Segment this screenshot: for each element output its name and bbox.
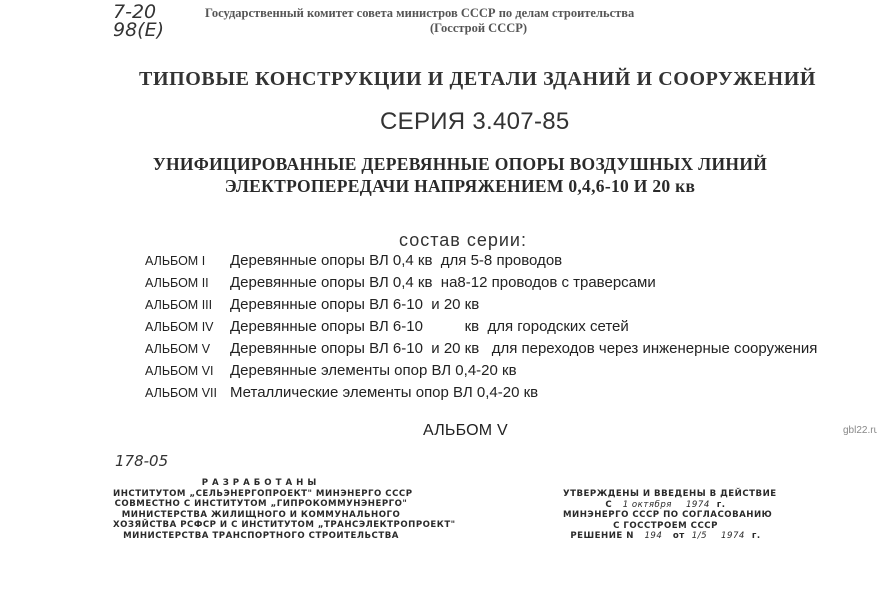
approval-year: 1974 [686, 500, 710, 510]
decision-from: от [673, 531, 685, 541]
approval-line3: МИНЭНЕРГО СССР ПО СОГЛАСОВАНИЮ [563, 510, 768, 521]
approval-line2: С 1 октября 1974 г. [563, 500, 768, 511]
developed-by-line: МИНИСТЕРСТВА ТРАНСПОРТНОГО СТРОИТЕЛЬСТВА [113, 531, 409, 542]
album-row: АЛЬБОМ VДеревянные опоры ВЛ 6-10 и 20 кв… [145, 340, 817, 362]
approval-block: УТВЕРЖДЕНЫ И ВВЕДЕНЫ В ДЕЙСТВИЕ С 1 октя… [563, 489, 768, 542]
decision-number: 194 [644, 531, 662, 541]
reference-number-line2: 98(E) [113, 21, 164, 39]
developed-by-line: ИНСТИТУТОМ „СЕЛЬЭНЕРГОПРОЕКТ" МИНЭНЕРГО … [113, 489, 409, 500]
developed-by-heading: РАЗРАБОТАНЫ [113, 478, 409, 489]
developed-by-block: РАЗРАБОТАНЫ ИНСТИТУТОМ „СЕЛЬЭНЕРГОПРОЕКТ… [113, 478, 409, 542]
album-label: АЛЬБОМ V [145, 342, 230, 356]
subtitle-line2: ЭЛЕКТРОПЕРЕДАЧИ НАПРЯЖЕНИЕМ 0,4,6-10 И 2… [150, 175, 770, 197]
organization-name: Государственный комитет совета министров… [205, 6, 605, 21]
approval-line1: УТВЕРЖДЕНЫ И ВВЕДЕНЫ В ДЕЙСТВИЕ [563, 489, 768, 500]
album-label: АЛЬБОМ VII [145, 386, 230, 400]
album-row: АЛЬБОМ IVДеревянные опоры ВЛ 6-10 кв для… [145, 318, 817, 340]
composition-title: состав серии: [399, 230, 527, 251]
approval-date-prefix: С [605, 500, 612, 510]
subtitle-line1: УНИФИЦИРОВАННЫЕ ДЕРЕВЯННЫЕ ОПОРЫ ВОЗДУШН… [150, 153, 770, 175]
organization-abbreviation: (Госстрой СССР) [245, 21, 605, 36]
album-description: Деревянные опоры ВЛ 0,4 кв для 5-8 прово… [230, 252, 562, 269]
album-label: АЛЬБОМ IV [145, 320, 230, 334]
series-title: СЕРИЯ 3.407-85 [380, 108, 570, 136]
developed-by-line: МИНИСТЕРСТВА ЖИЛИЩНОГО И КОММУНАЛЬНОГО [113, 510, 409, 521]
album-row: АЛЬБОМ IIДеревянные опоры ВЛ 0,4 кв на8-… [145, 274, 817, 296]
album-description: Деревянные опоры ВЛ 6-10 кв для городски… [230, 318, 629, 335]
album-description: Металлические элементы опор ВЛ 0,4-20 кв [230, 384, 538, 401]
developed-by-line: СОВМЕСТНО С ИНСТИТУТОМ „ГИПРОКОММУНЭНЕРГ… [113, 499, 409, 510]
album-row: АЛЬБОМ IIIДеревянные опоры ВЛ 6-10 и 20 … [145, 296, 817, 318]
developed-by-line: ХОЗЯЙСТВА РСФСР И С ИНСТИТУТОМ „ТРАНСЭЛЕ… [113, 520, 409, 531]
decision-year-suffix: г. [752, 531, 761, 541]
album-description: Деревянные опоры ВЛ 6-10 и 20 кв для пер… [230, 340, 817, 357]
watermark: gbl22.ru [843, 425, 877, 436]
album-description: Деревянные опоры ВЛ 6-10 и 20 кв [230, 296, 479, 313]
album-label: АЛЬБОМ VI [145, 364, 230, 378]
album-label: АЛЬБОМ I [145, 254, 230, 268]
approval-date: 1 октября [623, 500, 672, 510]
album-label: АЛЬБОМ II [145, 276, 230, 290]
approval-year-suffix: г. [717, 500, 726, 510]
album-row: АЛЬБОМ VIДеревянные элементы опор ВЛ 0,4… [145, 362, 817, 384]
approval-line5: РЕШЕНИЕ N 194 от 1/5 1974 г. [563, 531, 768, 542]
decision-date: 1/5 [692, 531, 707, 541]
current-album-label: АЛЬБОМ V [423, 422, 508, 440]
main-title: ТИПОВЫЕ КОНСТРУКЦИИ И ДЕТАЛИ ЗДАНИЙ И СО… [139, 68, 816, 91]
approval-line4: С ГОССТРОЕМ СССР [563, 521, 768, 532]
album-description: Деревянные элементы опор ВЛ 0,4-20 кв [230, 362, 517, 379]
album-row: АЛЬБОМ IДеревянные опоры ВЛ 0,4 кв для 5… [145, 252, 817, 274]
album-label: АЛЬБОМ III [145, 298, 230, 312]
reference-number: 7-20 98(E) [113, 3, 164, 39]
decision-prefix: РЕШЕНИЕ N [570, 531, 634, 541]
decision-year: 1974 [721, 531, 745, 541]
album-row: АЛЬБОМ VIIМеталлические элементы опор ВЛ… [145, 384, 817, 406]
album-list: АЛЬБОМ IДеревянные опоры ВЛ 0,4 кв для 5… [145, 252, 817, 406]
subtitle: УНИФИЦИРОВАННЫЕ ДЕРЕВЯННЫЕ ОПОРЫ ВОЗДУШН… [150, 153, 770, 197]
album-description: Деревянные опоры ВЛ 0,4 кв на8-12 провод… [230, 274, 656, 291]
document-code: 178-05 [115, 452, 168, 470]
organization-header: Государственный комитет совета министров… [205, 6, 605, 36]
